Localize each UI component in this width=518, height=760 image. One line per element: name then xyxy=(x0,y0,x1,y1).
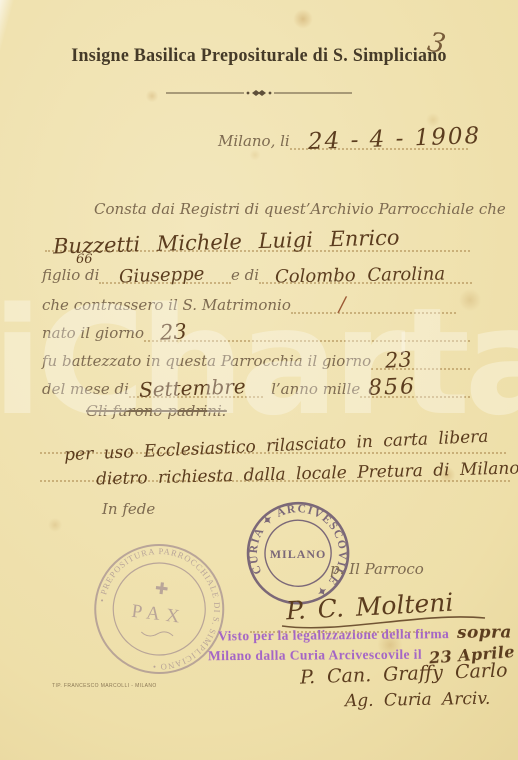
e-di-label: e di xyxy=(231,266,259,284)
pax-center-text: PAX xyxy=(130,601,186,628)
handwritten-sopra: sopra xyxy=(457,622,512,643)
mese-label: del mese di xyxy=(42,380,129,398)
in-fede-label: In fede xyxy=(102,500,155,518)
ornamental-divider xyxy=(164,84,354,103)
mese-anno-row: del mese di Settembre l’anno mille 856 xyxy=(42,376,470,398)
name-row: Buzzetti Michele Luigi Enrico xyxy=(45,224,470,252)
legalization-line2-text: Milano dalla Curia Arcivescovile il xyxy=(208,647,422,663)
consta-line: Consta dai Registri di quest’Archivio Pa… xyxy=(94,200,506,218)
handwritten-name: Buzzetti Michele Luigi Enrico xyxy=(53,225,400,258)
dateline-printed-label: Milano, li xyxy=(218,132,290,150)
anno-label: l’anno mille xyxy=(271,380,360,398)
matrimonio-row: che contrassero il S. Matrimonio ∕ xyxy=(42,292,456,314)
dateline-row: Milano, li 24 - 4 - 1908 xyxy=(218,128,468,150)
handwritten-year: 856 xyxy=(368,374,417,401)
handwritten-month: Settembre xyxy=(139,374,246,402)
pax-cross-icon: ✚ xyxy=(154,580,169,599)
battesimo-label: fu battezzato in questa Parrocchia il gi… xyxy=(42,352,371,370)
parents-row: figlio di Giuseppe e di Colombo Carolina xyxy=(42,262,472,284)
uso-fill-1: per uso Ecclesiastico rilasciato in cart… xyxy=(40,426,506,454)
year-fill: 856 xyxy=(360,374,470,398)
uso-fill-2: dietro richiesta dalla locale Pretura di… xyxy=(40,454,510,482)
nato-row: nato il giorno 23 xyxy=(42,320,470,342)
legalization-stamp-line1: Visto per la legalizzazione della firma … xyxy=(218,622,512,645)
handwritten-father: Giuseppe xyxy=(119,264,205,288)
figlio-label: figlio di xyxy=(42,266,99,284)
padrini-struck-line: Gli furono padrini: xyxy=(86,402,227,420)
divider-icon xyxy=(164,87,354,99)
dateline-fill: 24 - 4 - 1908 xyxy=(290,126,468,150)
name-fill: Buzzetti Michele Luigi Enrico xyxy=(45,222,470,252)
baptism-day-fill: 23 xyxy=(371,346,470,370)
nato-label: nato il giorno xyxy=(42,324,144,342)
matrimonio-fill: ∕ xyxy=(291,290,456,314)
printer-imprint: TIP. FRANCESCO MARCOLLI - MILANO xyxy=(52,683,157,689)
document-scan: Insigne Basilica Prepositurale di S. Sim… xyxy=(0,0,518,760)
mother-fill: Colombo Carolina xyxy=(259,260,472,284)
uso-row-1: per uso Ecclesiastico rilasciato in cart… xyxy=(40,428,506,454)
handwritten-birth-day: 23 xyxy=(159,319,187,344)
handwritten-slash-mark: ∕ xyxy=(339,292,346,316)
father-fill: Giuseppe xyxy=(99,260,231,284)
handwritten-mother: Colombo Carolina xyxy=(275,264,445,288)
pax-stamp-icon: • PREPOSITURA PARROCCHIALE DI S. SIMPLIC… xyxy=(80,530,238,688)
uso-row-2: dietro richiesta dalla locale Pretura di… xyxy=(40,456,510,482)
handwritten-date: 24 - 4 - 1908 xyxy=(307,123,481,155)
parish-pax-stamp: • PREPOSITURA PARROCCHIALE DI S. SIMPLIC… xyxy=(80,530,239,692)
matrimonio-label: che contrassero il S. Matrimonio xyxy=(42,296,291,314)
legalization-line1-text: Visto per la legalizzazione della firma xyxy=(218,626,449,643)
curia-center-text: MILANO xyxy=(270,547,327,561)
handwritten-baptism-day: 23 xyxy=(385,347,413,372)
battesimo-row: fu battezzato in questa Parrocchia il gi… xyxy=(42,348,470,370)
legalization-signature-2: Ag. Curia Arciv. xyxy=(345,689,491,712)
legalization-signature-1: P. Can. Graffy Carlo xyxy=(300,659,508,688)
parroco-label: p. Il Parroco xyxy=(330,560,424,578)
birthday-fill: 23 xyxy=(144,318,470,342)
month-fill: Settembre xyxy=(129,374,263,398)
